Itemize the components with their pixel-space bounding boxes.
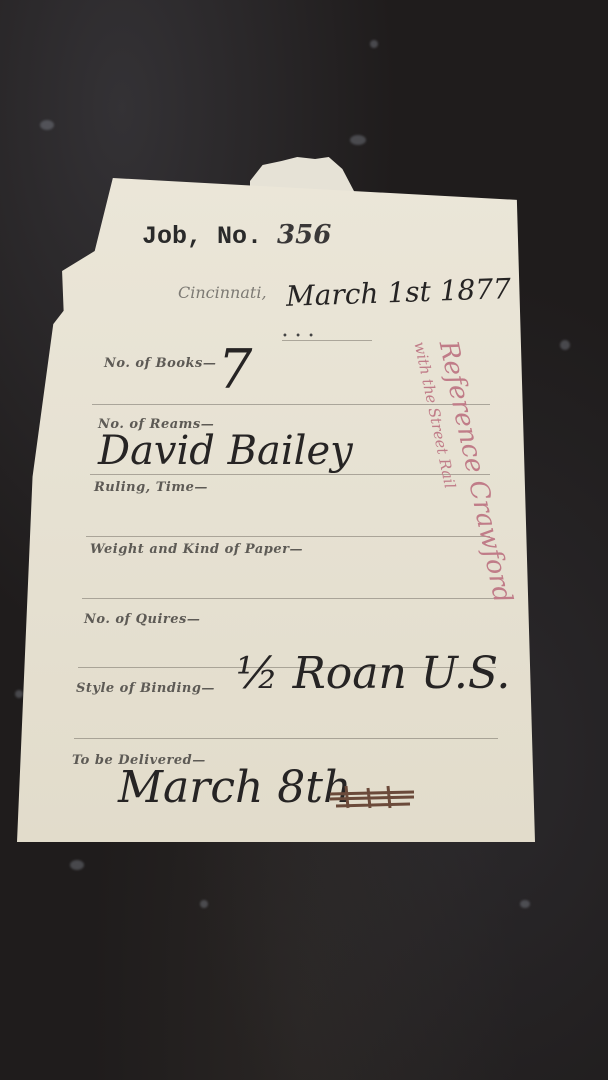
job-number-value: 356	[277, 220, 331, 250]
value-binding: ½ Roan U.S.	[236, 648, 510, 699]
background-speck	[200, 900, 208, 908]
strikethrough-mark	[326, 782, 418, 810]
label-books: No. of Books—	[104, 356, 216, 371]
background-speck	[350, 135, 366, 145]
rule-line	[90, 474, 490, 475]
background-speck	[520, 900, 530, 908]
background-speck	[15, 690, 23, 698]
value-customer-name: David Bailey	[98, 428, 353, 474]
label-ruling-time: Ruling, Time—	[94, 480, 208, 495]
label-quires: No. of Quires—	[84, 612, 200, 627]
label-binding: Style of Binding—	[76, 681, 215, 696]
value-delivery-date: March 8th	[118, 762, 351, 813]
value-books: 7	[218, 338, 252, 401]
background-speck	[560, 340, 570, 350]
place-printed: Cincinnati,	[178, 283, 267, 302]
job-label: Job, No.	[142, 222, 262, 251]
label-paper: Weight and Kind of Paper—	[90, 542, 303, 557]
job-number-heading: Job, No. 356	[142, 220, 331, 251]
background-speck	[40, 120, 54, 130]
background-speck	[70, 860, 84, 870]
separator-dots: • • •	[282, 331, 316, 342]
rule-line	[86, 536, 490, 537]
rule-line	[82, 598, 494, 599]
rule-line	[74, 738, 498, 739]
background-speck	[370, 40, 378, 48]
